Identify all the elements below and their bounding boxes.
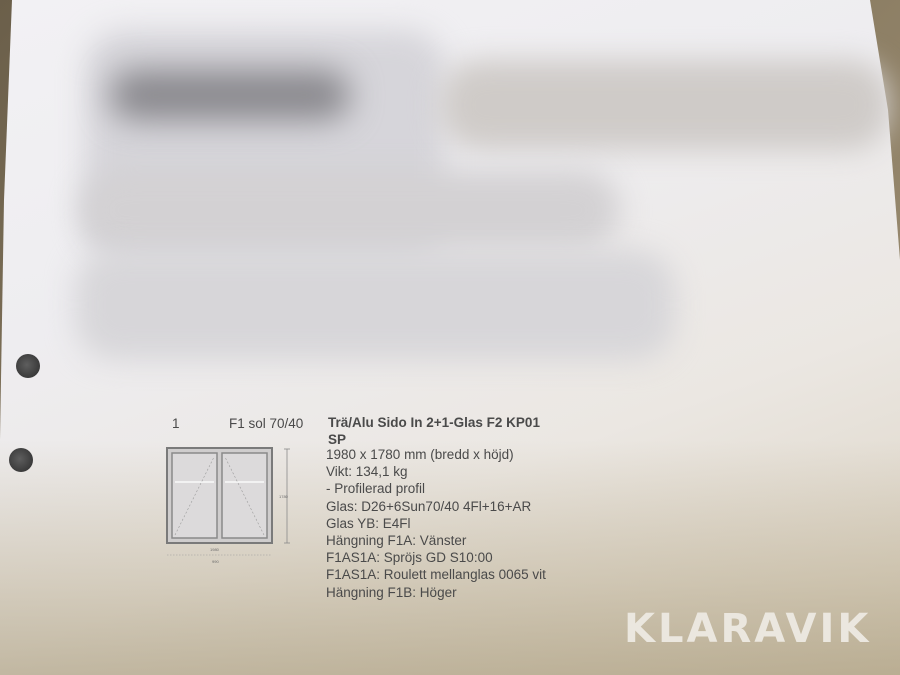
detail-profile: - Profilerad profil — [326, 480, 546, 497]
item-code: F1 sol 70/40 — [229, 416, 303, 431]
redacted-region — [75, 250, 675, 360]
detail-muntin: F1AS1A: Spröjs GD S10:00 — [326, 549, 546, 566]
watermark-logo: KLARAVIK — [624, 606, 871, 652]
punch-hole — [9, 448, 33, 472]
window-drawing: 1780 1980 990 — [162, 443, 297, 568]
svg-text:990: 990 — [212, 559, 219, 564]
item-title: Trä/Alu Sido In 2+1-Glas F2 KP01 SP — [328, 414, 540, 448]
detail-hinge-f1b: Hängning F1B: Höger — [326, 584, 546, 601]
detail-weight: Vikt: 134,1 kg — [326, 463, 546, 480]
punch-hole — [16, 354, 40, 378]
redacted-region — [440, 60, 890, 150]
redacted-region — [110, 70, 350, 120]
redacted-region — [80, 170, 620, 250]
detail-hinge-f1a: Hängning F1A: Vänster — [326, 532, 546, 549]
item-position: 1 — [172, 416, 180, 431]
detail-dimensions: 1980 x 1780 mm (bredd x höjd) — [326, 446, 546, 463]
item-details: 1980 x 1780 mm (bredd x höjd) Vikt: 134,… — [326, 446, 546, 601]
item-title-line1: Trä/Alu Sido In 2+1-Glas F2 KP01 — [328, 414, 540, 431]
detail-roulette: F1AS1A: Roulett mellanglas 0065 vit — [326, 566, 546, 583]
svg-text:1780: 1780 — [279, 494, 289, 499]
detail-glass-yb: Glas YB: E4Fl — [326, 515, 546, 532]
svg-text:1980: 1980 — [210, 547, 220, 552]
detail-glass: Glas: D26+6Sun70/40 4Fl+16+AR — [326, 498, 546, 515]
